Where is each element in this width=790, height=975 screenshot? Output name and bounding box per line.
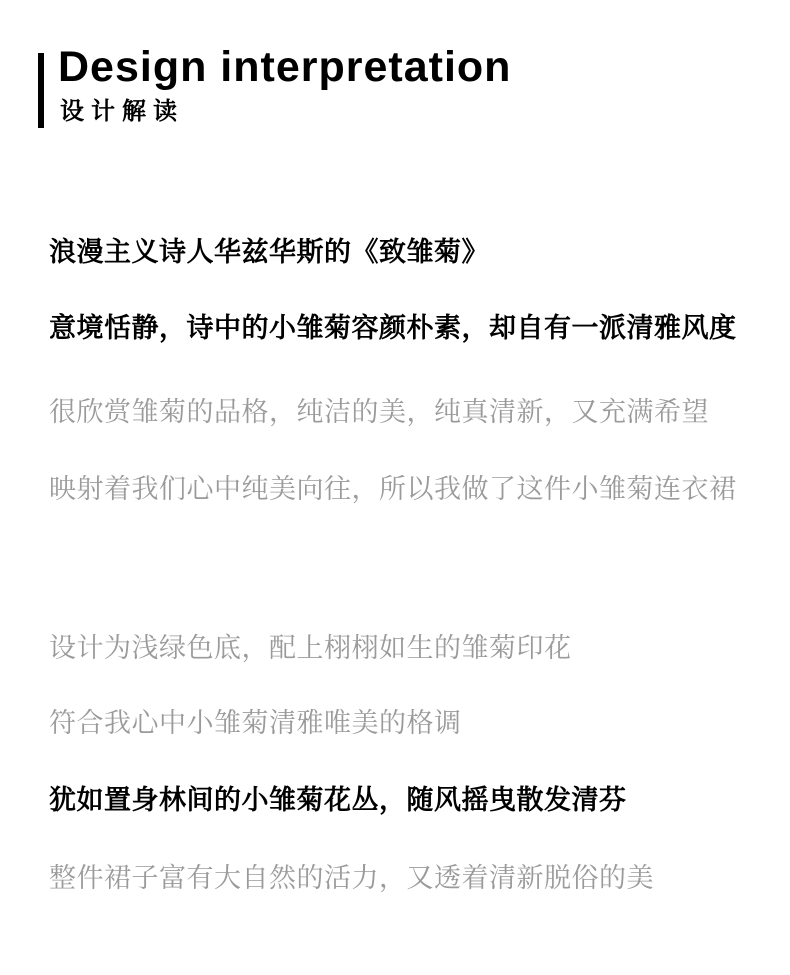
text-line-8: 整件裙子富有大自然的活力，又透着清新脱俗的美 [49,862,654,894]
text-line-1: 浪漫主义诗人华兹华斯的《致雏菊》 [49,236,489,268]
text-line-5: 设计为浅绿色底，配上栩栩如生的雏菊印花 [49,632,572,664]
text-line-7: 犹如置身林间的小雏菊花丛，随风摇曳散发清芬 [49,784,627,816]
design-interpretation-section: Design interpretation 设计解读 浪漫主义诗人华兹华斯的《致… [0,0,790,975]
text-line-3: 很欣赏雏菊的品格，纯洁的美，纯真清新，又充满希望 [49,396,709,428]
text-line-4: 映射着我们心中纯美向往，所以我做了这件小雏菊连衣裙 [49,473,737,505]
section-subtitle: 设计解读 [60,99,184,125]
section-title: Design interpretation [58,44,511,91]
text-line-6: 符合我心中小雏菊清雅唯美的格调 [49,707,462,739]
accent-bar [38,53,44,128]
text-line-2: 意境恬静，诗中的小雏菊容颜朴素，却自有一派清雅风度 [49,312,737,344]
